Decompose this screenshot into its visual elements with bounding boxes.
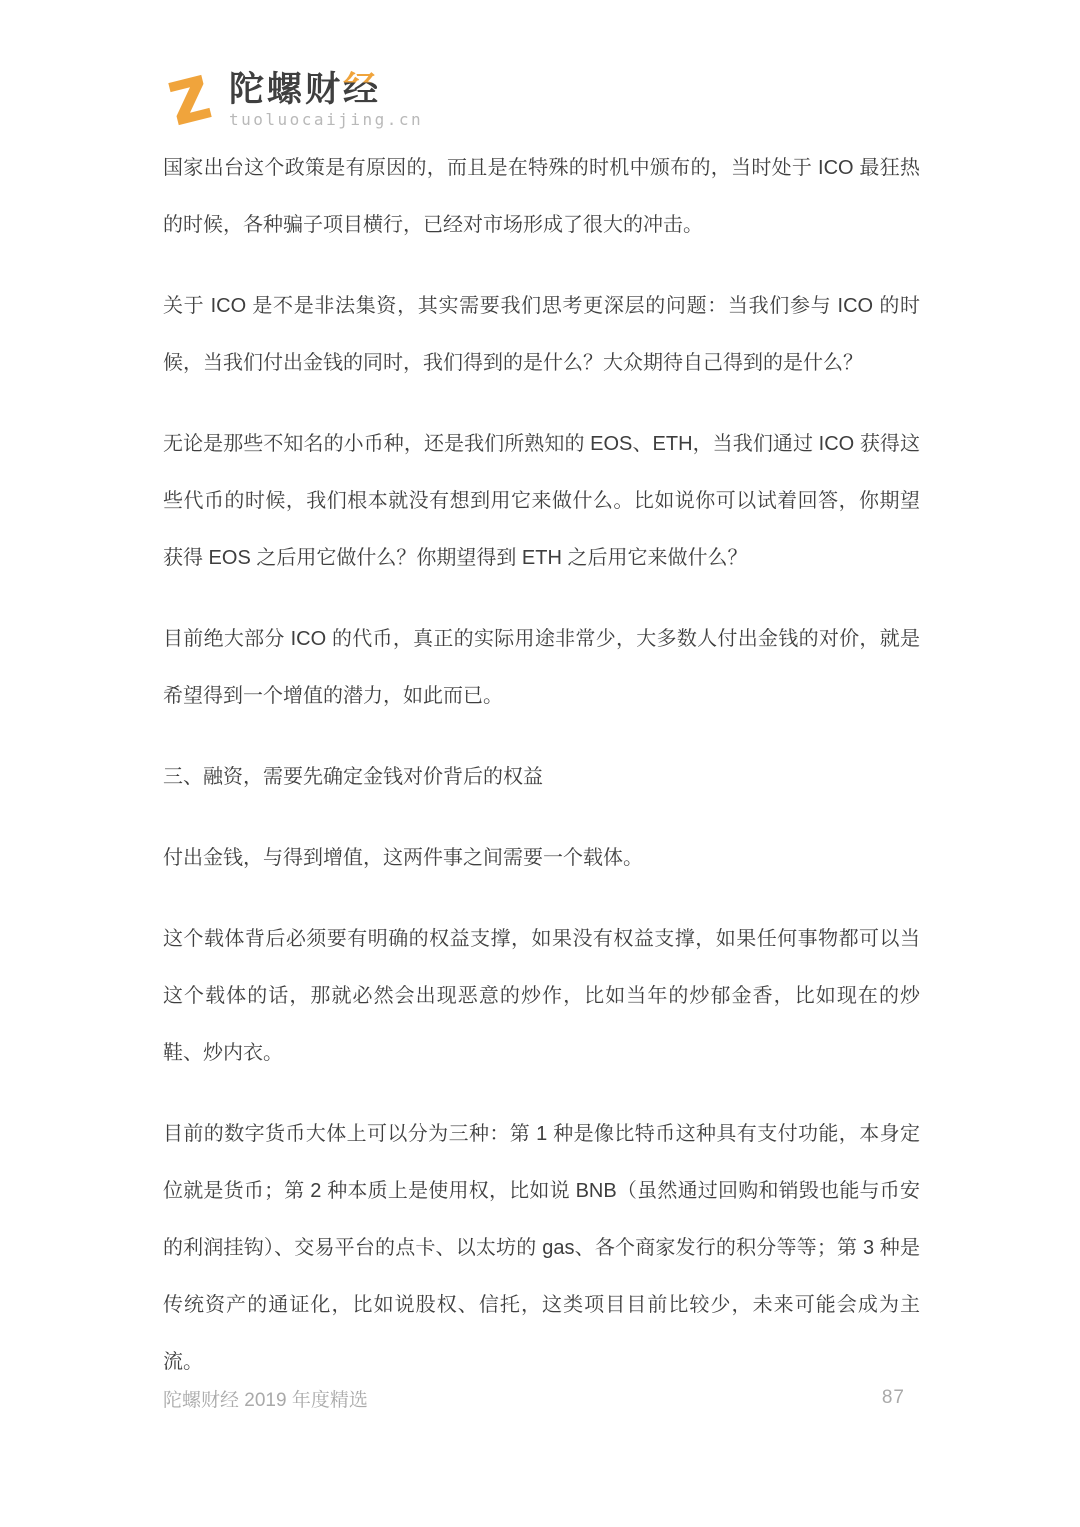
text-line: 三、融资，需要先确定金钱对价背后的权益: [163, 749, 920, 806]
content-column: 陀螺财经 tuoluocaijing.cn 国家出台这个政策是有原因的，而且是在…: [163, 0, 920, 1415]
brand-name-prefix: 陀螺财: [229, 70, 343, 109]
paragraph: 付出金钱，与得到增值，这两件事之间需要一个载体。: [163, 830, 920, 887]
brand-text-block: 陀螺财经 tuoluocaijing.cn: [229, 63, 423, 129]
text-line: 候，当我们付出金钱的同时，我们得到的是什么？大众期待自己得到的是什么？: [163, 335, 920, 392]
document-page: 陀螺财经 tuoluocaijing.cn 国家出台这个政策是有原因的，而且是在…: [0, 0, 1080, 1527]
text-line: 些代币的时候，我们根本就没有想到用它来做什么。比如说你可以试着回答，你期望: [163, 473, 920, 530]
footer-booklet-title: 陀螺财经 2019 年度精选: [163, 1385, 368, 1412]
paragraph: 目前的数字货币大体上可以分为三种：第 1 种是像比特币这种具有支付功能，本身定位…: [163, 1106, 920, 1391]
text-line: 无论是那些不知名的小币种，还是我们所熟知的 EOS、ETH，当我们通过 ICO …: [163, 416, 920, 473]
text-line: 这个载体背后必须要有明确的权益支撑，如果没有权益支撑，如果任何事物都可以当: [163, 911, 920, 968]
text-line: 的利润挂钩）、交易平台的点卡、以太坊的 gas、各个商家发行的积分等等；第 3 …: [163, 1220, 920, 1277]
text-line: 获得 EOS 之后用它做什么？你期望得到 ETH 之后用它来做什么？: [163, 530, 920, 587]
text-line: 传统资产的通证化，比如说股权、信托，这类项目目前比较少，未来可能会成为主: [163, 1277, 920, 1334]
text-line: 鞋、炒内衣。: [163, 1025, 920, 1082]
text-line: 国家出台这个政策是有原因的，而且是在特殊的时机中颁布的，当时处于 ICO 最狂热: [163, 140, 920, 197]
paragraph: 国家出台这个政策是有原因的，而且是在特殊的时机中颁布的，当时处于 ICO 最狂热…: [163, 140, 920, 254]
brand-name: 陀螺财经: [229, 72, 423, 108]
text-line: 这个载体的话，那就必然会出现恶意的炒作，比如当年的炒郁金香，比如现在的炒: [163, 968, 920, 1025]
text-line: 位就是货币；第 2 种本质上是使用权，比如说 BNB（虽然通过回购和销毁也能与币…: [163, 1163, 920, 1220]
paragraph: 三、融资，需要先确定金钱对价背后的权益: [163, 749, 920, 806]
text-line: 的时候，各种骗子项目横行，已经对市场形成了很大的冲击。: [163, 197, 920, 254]
brand-name-accent-char: 经: [343, 70, 381, 109]
text-line: 希望得到一个增值的潜力，如此而已。: [163, 668, 920, 725]
brand-domain: tuoluocaijing.cn: [229, 111, 423, 129]
z-logo-icon: [163, 63, 217, 137]
text-line: 付出金钱，与得到增值，这两件事之间需要一个载体。: [163, 830, 920, 887]
page-footer: 陀螺财经 2019 年度精选 87: [163, 1383, 920, 1413]
brand-logo: 陀螺财经 tuoluocaijing.cn: [163, 63, 920, 137]
text-line: 目前绝大部分 ICO 的代币，真正的实际用途非常少，大多数人付出金钱的对价，就是: [163, 611, 920, 668]
paragraph: 目前绝大部分 ICO 的代币，真正的实际用途非常少，大多数人付出金钱的对价，就是…: [163, 611, 920, 725]
footer-page-number: 87: [882, 1387, 905, 1409]
paragraph: 关于 ICO 是不是非法集资，其实需要我们思考更深层的问题：当我们参与 ICO …: [163, 278, 920, 392]
article-body: 国家出台这个政策是有原因的，而且是在特殊的时机中颁布的，当时处于 ICO 最狂热…: [163, 140, 920, 1391]
text-line: 关于 ICO 是不是非法集资，其实需要我们思考更深层的问题：当我们参与 ICO …: [163, 278, 920, 335]
paragraph: 无论是那些不知名的小币种，还是我们所熟知的 EOS、ETH，当我们通过 ICO …: [163, 416, 920, 587]
text-line: 目前的数字货币大体上可以分为三种：第 1 种是像比特币这种具有支付功能，本身定: [163, 1106, 920, 1163]
paragraph: 这个载体背后必须要有明确的权益支撑，如果没有权益支撑，如果任何事物都可以当这个载…: [163, 911, 920, 1082]
